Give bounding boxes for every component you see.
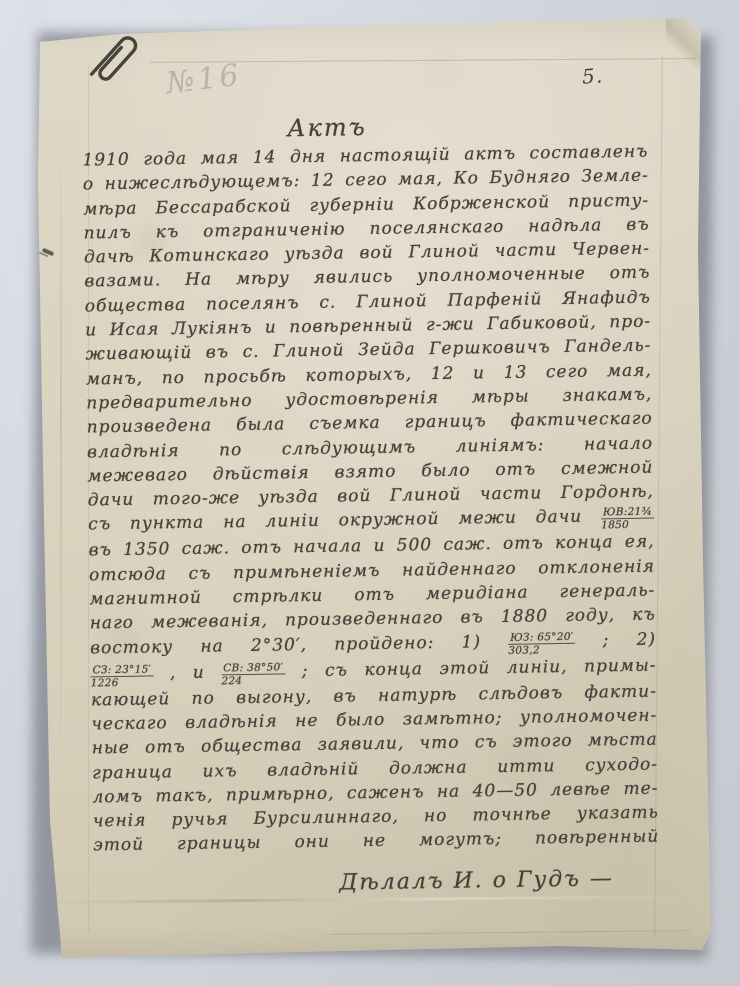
manuscript-text-segment: ; 2)	[575, 629, 656, 650]
manuscript-lines: 1910 года мая 14 дня настоящій актъ сост…	[82, 140, 659, 859]
manuscript-text-segment: , и	[153, 662, 221, 683]
manuscript-page: №16 5. Актъ 1910 года мая 14 дня настоящ…	[0, 0, 740, 986]
document-photo: №16 5. Актъ 1910 года мая 14 дня настоящ…	[0, 0, 740, 986]
paper-crease-vertical	[60, 120, 62, 820]
manuscript-text-segment: востоку на 2°30′, пройдено: 1)	[90, 632, 508, 659]
manuscript-text-segment: ; съ конца этой линіи, примы-	[285, 655, 657, 681]
manuscript-text-segment: съ пункта на линіи окружной межи дачи	[88, 507, 601, 535]
survey-bearing-fraction: ЮВ:21¾1850	[601, 507, 654, 531]
survey-bearing-fraction: СЗ: 23°15′1226	[90, 664, 153, 688]
paper-stains	[0, 0, 2, 2]
manuscript-text-block: Актъ 1910 года мая 14 дня настоящій актъ…	[82, 108, 660, 909]
page-number: 5.	[581, 63, 604, 88]
survey-bearing-fraction: СВ: 38°50′224	[221, 662, 285, 686]
survey-bearing-fraction: ЮЗ: 65°20′303,2	[508, 631, 576, 655]
